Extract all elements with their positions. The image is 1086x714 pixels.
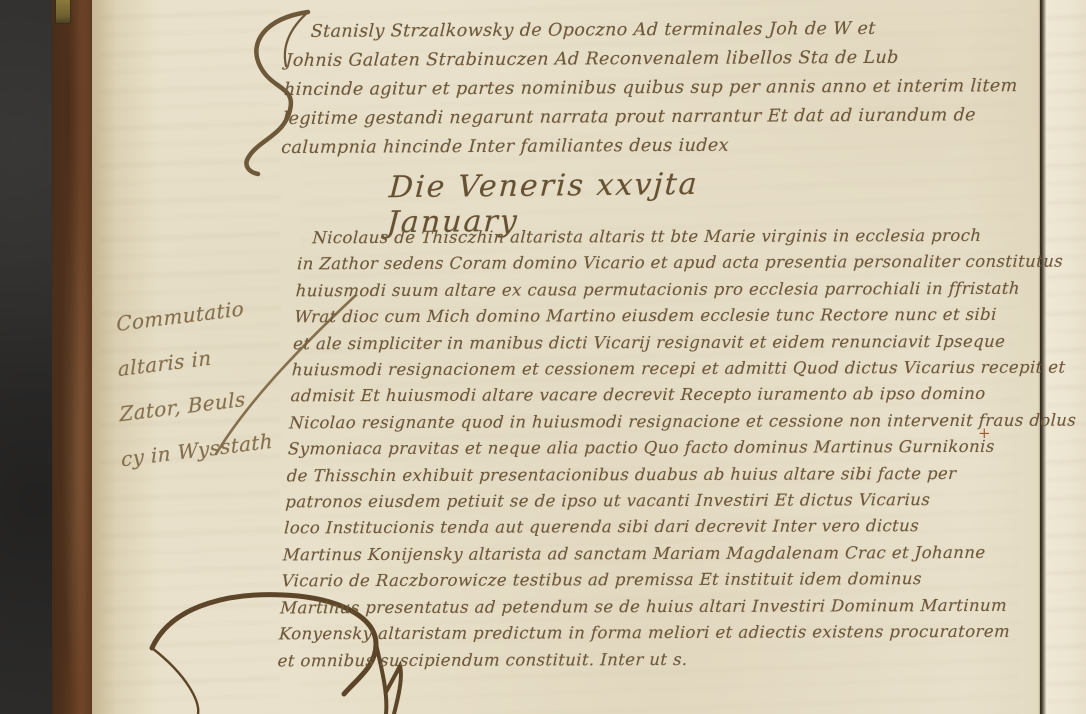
manuscript-line: legitime gestandi negarunt narrata prout… <box>282 101 1039 134</box>
manuscript-line: Martinus presentatus ad petendum se de h… <box>280 592 1037 621</box>
scanner-background <box>0 0 52 714</box>
cross-mark: + <box>978 424 991 442</box>
manuscript-line: patronos eiusdem petiuit se de ipso ut v… <box>285 487 1042 516</box>
manuscript-line: Johnis Galaten Strabinuczen Ad Reconvena… <box>285 43 1042 76</box>
manuscript-line: Nicolaus de Thisczhin altarista altaris … <box>298 223 1055 252</box>
manuscript-line: in Zathor sedens Coram domino Vicario et… <box>296 249 1053 278</box>
manuscript-scan: Stanisly Strzalkowsky de Opoczno Ad term… <box>0 0 1086 714</box>
manuscript-line: Martinus Konijensky altarista ad sanctam… <box>282 540 1039 569</box>
manuscript-line: calumpnia hincinde Inter familiantes deu… <box>281 130 1038 163</box>
manuscript-line: de Thisschin exhibuit presentacionibus d… <box>286 460 1043 489</box>
manuscript-line: Nicolao resignante quod in huiusmodi res… <box>289 408 1046 437</box>
manuscript-line: loco Institucionis tenda aut querenda si… <box>283 513 1040 542</box>
manuscript-line: et ale simpliciter in manibus dicti Vica… <box>293 328 1050 357</box>
book-spine <box>52 0 92 714</box>
manuscript-line: Stanisly Strzalkowsky de Opoczno Ad term… <box>286 14 1043 47</box>
manuscript-line: Wrat dioc cum Mich domino Martino eiusde… <box>294 302 1051 331</box>
manuscript-line: Konyensky altaristam predictum in forma … <box>278 619 1035 648</box>
manuscript-line: et omnibus suscipiendum constituit. Inte… <box>277 645 1034 674</box>
manuscript-line: huiusmodi suum altare ex causa permutaci… <box>295 275 1052 304</box>
manuscript-line: admisit Et huiusmodi altare vacare decre… <box>290 381 1047 410</box>
manuscript-line: hincinde agitur et partes nominibus quib… <box>283 72 1040 105</box>
spine-clasp <box>55 0 71 24</box>
manuscript-line: Symoniaca pravitas et neque alia pactio … <box>287 434 1044 463</box>
manuscript-line: huiusmodi resignacionem et cessionem rec… <box>291 355 1048 384</box>
entry-paragraph-2: Nicolaus de Thisczhin altarista altaris … <box>277 223 1055 675</box>
entry-paragraph-1: Stanisly Strzalkowsky de Opoczno Ad term… <box>281 14 1044 163</box>
manuscript-line: Vicario de Raczborowicze testibus ad pre… <box>281 566 1038 595</box>
